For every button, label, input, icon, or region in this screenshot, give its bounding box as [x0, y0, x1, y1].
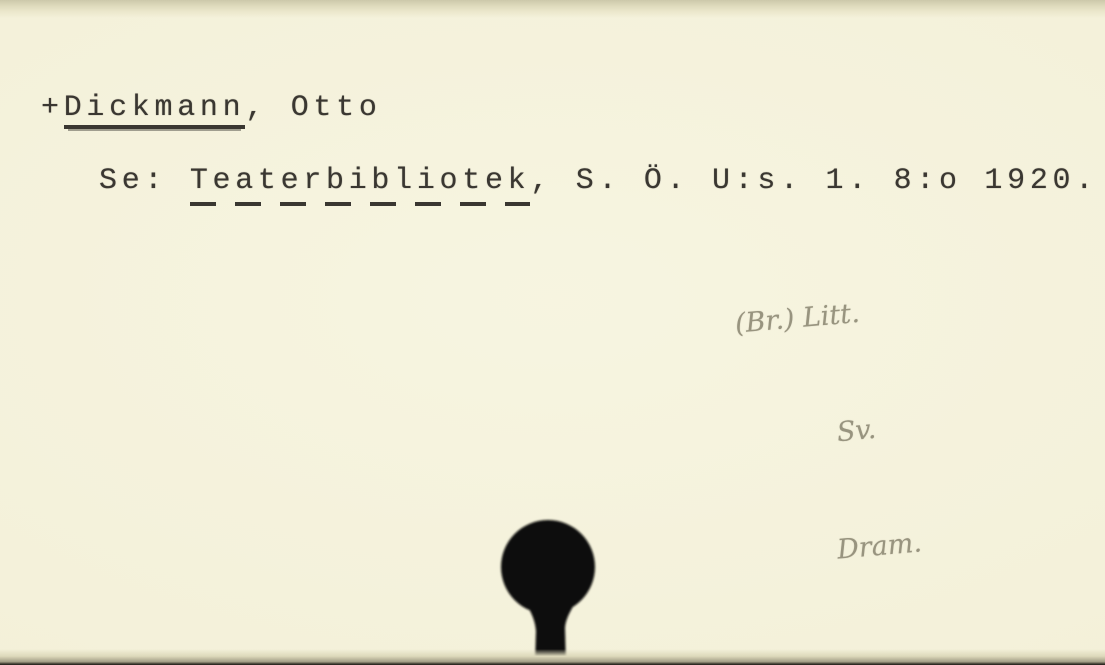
catalog-card: +Dickmann, Otto Se: Teaterbibliotek, S. …: [0, 0, 1105, 665]
heading-line: +Dickmann, Otto: [41, 90, 382, 126]
annotation-classification: (Br.) Litt.: [733, 290, 903, 343]
card-top-edge-shadow: [0, 0, 1105, 18]
reference-label: Se:: [99, 164, 190, 198]
heading-surname: Dickmann: [64, 91, 246, 129]
reference-details: , S. Ö. U:s. 1. 8:o 1920.: [530, 164, 1098, 198]
annotation-subject: Dram.: [836, 523, 924, 569]
heading-prefix-plus: +: [41, 91, 64, 125]
hole-punch-stem: [521, 594, 579, 665]
reference-target: Teaterbibliotek: [190, 164, 531, 206]
heading-forename: , Otto: [245, 91, 381, 125]
hole-punch: [478, 515, 618, 665]
pencil-annotations: (Br.) Litt. Sv. Dram.: [727, 213, 931, 655]
annotation-language: Sv.: [835, 407, 913, 452]
reference-line: Se: Teaterbibliotek, S. Ö. U:s. 1. 8:o 1…: [99, 163, 1098, 199]
